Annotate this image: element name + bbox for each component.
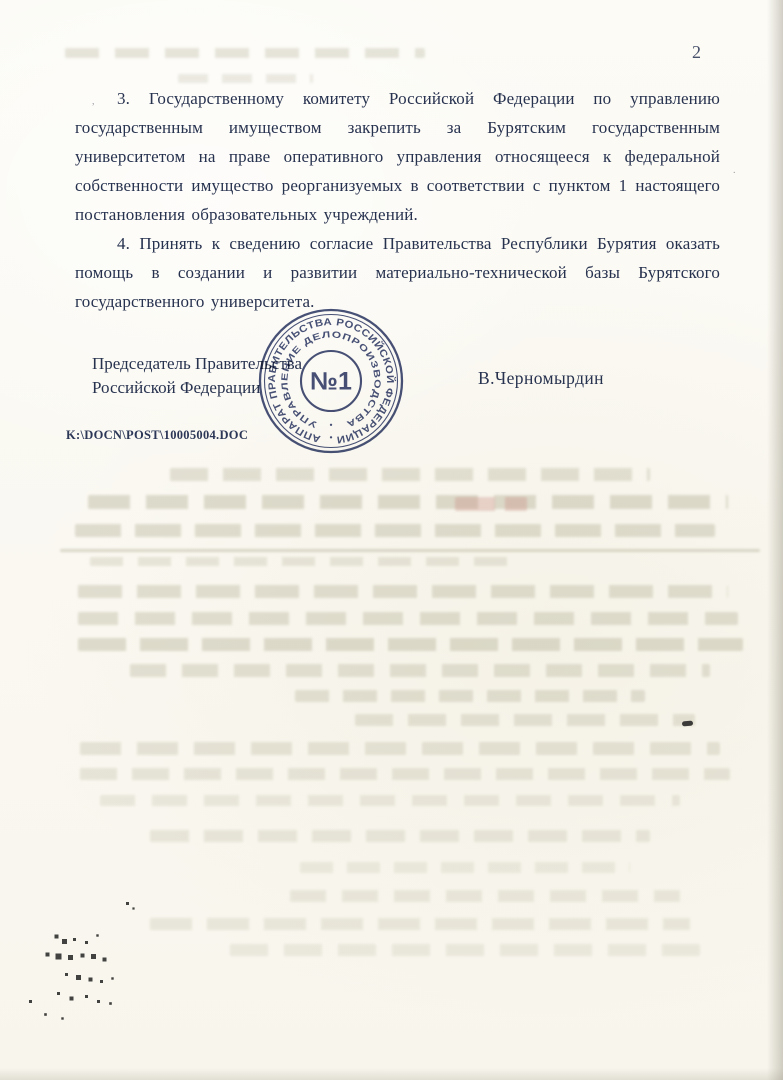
paragraph-3: 3. Государственному комитету Российской … [75, 84, 720, 229]
file-path: K:\DOCN\POST\10005004.DOC [66, 428, 248, 443]
bleedthrough-line [60, 549, 760, 552]
bleedthrough-line [300, 862, 630, 873]
ink-dash-mark [682, 721, 693, 727]
bleedthrough-line [295, 690, 645, 702]
stamp-separator-dot-inner: • [330, 421, 333, 430]
scan-edge-shadow-right [767, 0, 783, 1080]
bleedthrough-line [88, 495, 728, 509]
bleedthrough-line [78, 585, 728, 598]
bleedthrough-line [455, 497, 527, 511]
stamp-svg: АППАРАТ ПРАВИТЕЛЬСТВА РОССИЙСКОЙ ФЕДЕРАЦ… [256, 306, 406, 456]
paragraph-4: 4. Принять к сведению согласие Правитель… [75, 229, 720, 316]
official-stamp-icon: АППАРАТ ПРАВИТЕЛЬСТВА РОССИЙСКОЙ ФЕДЕРАЦ… [256, 306, 406, 456]
document-body: 3. Государственному комитету Российской … [75, 84, 720, 316]
margin-dot-mark: . [733, 165, 736, 176]
bleedthrough-line [75, 524, 715, 537]
scan-edge-shadow-bottom [0, 1068, 783, 1080]
bleedthrough-line [80, 742, 720, 755]
stamp-number: №1 [310, 368, 352, 396]
bleedthrough-line [78, 612, 738, 625]
bleedthrough-line [230, 944, 700, 956]
bleedthrough-line [78, 638, 743, 651]
bleedthrough-line [130, 664, 710, 677]
scanned-document-page: 2 3. Государственному комитету Российско… [0, 0, 783, 1080]
bleedthrough-line [178, 74, 313, 83]
bleedthrough-line [150, 918, 690, 930]
margin-tick-mark: , [92, 96, 95, 107]
bleedthrough-line [170, 468, 650, 481]
bleedthrough-line [100, 795, 680, 806]
bleedthrough-line [80, 768, 730, 780]
bleedthrough-line [150, 830, 650, 842]
bleedthrough-line [90, 557, 510, 566]
stamp-separator-dot-outer: • [330, 433, 333, 442]
bleedthrough-line [355, 714, 695, 726]
bleedthrough-line [65, 48, 425, 58]
bleedthrough-line [290, 890, 680, 902]
page-number: 2 [692, 42, 702, 63]
signatory-name: В.Черномырдин [478, 368, 604, 389]
ink-speckles [0, 0, 1, 1]
